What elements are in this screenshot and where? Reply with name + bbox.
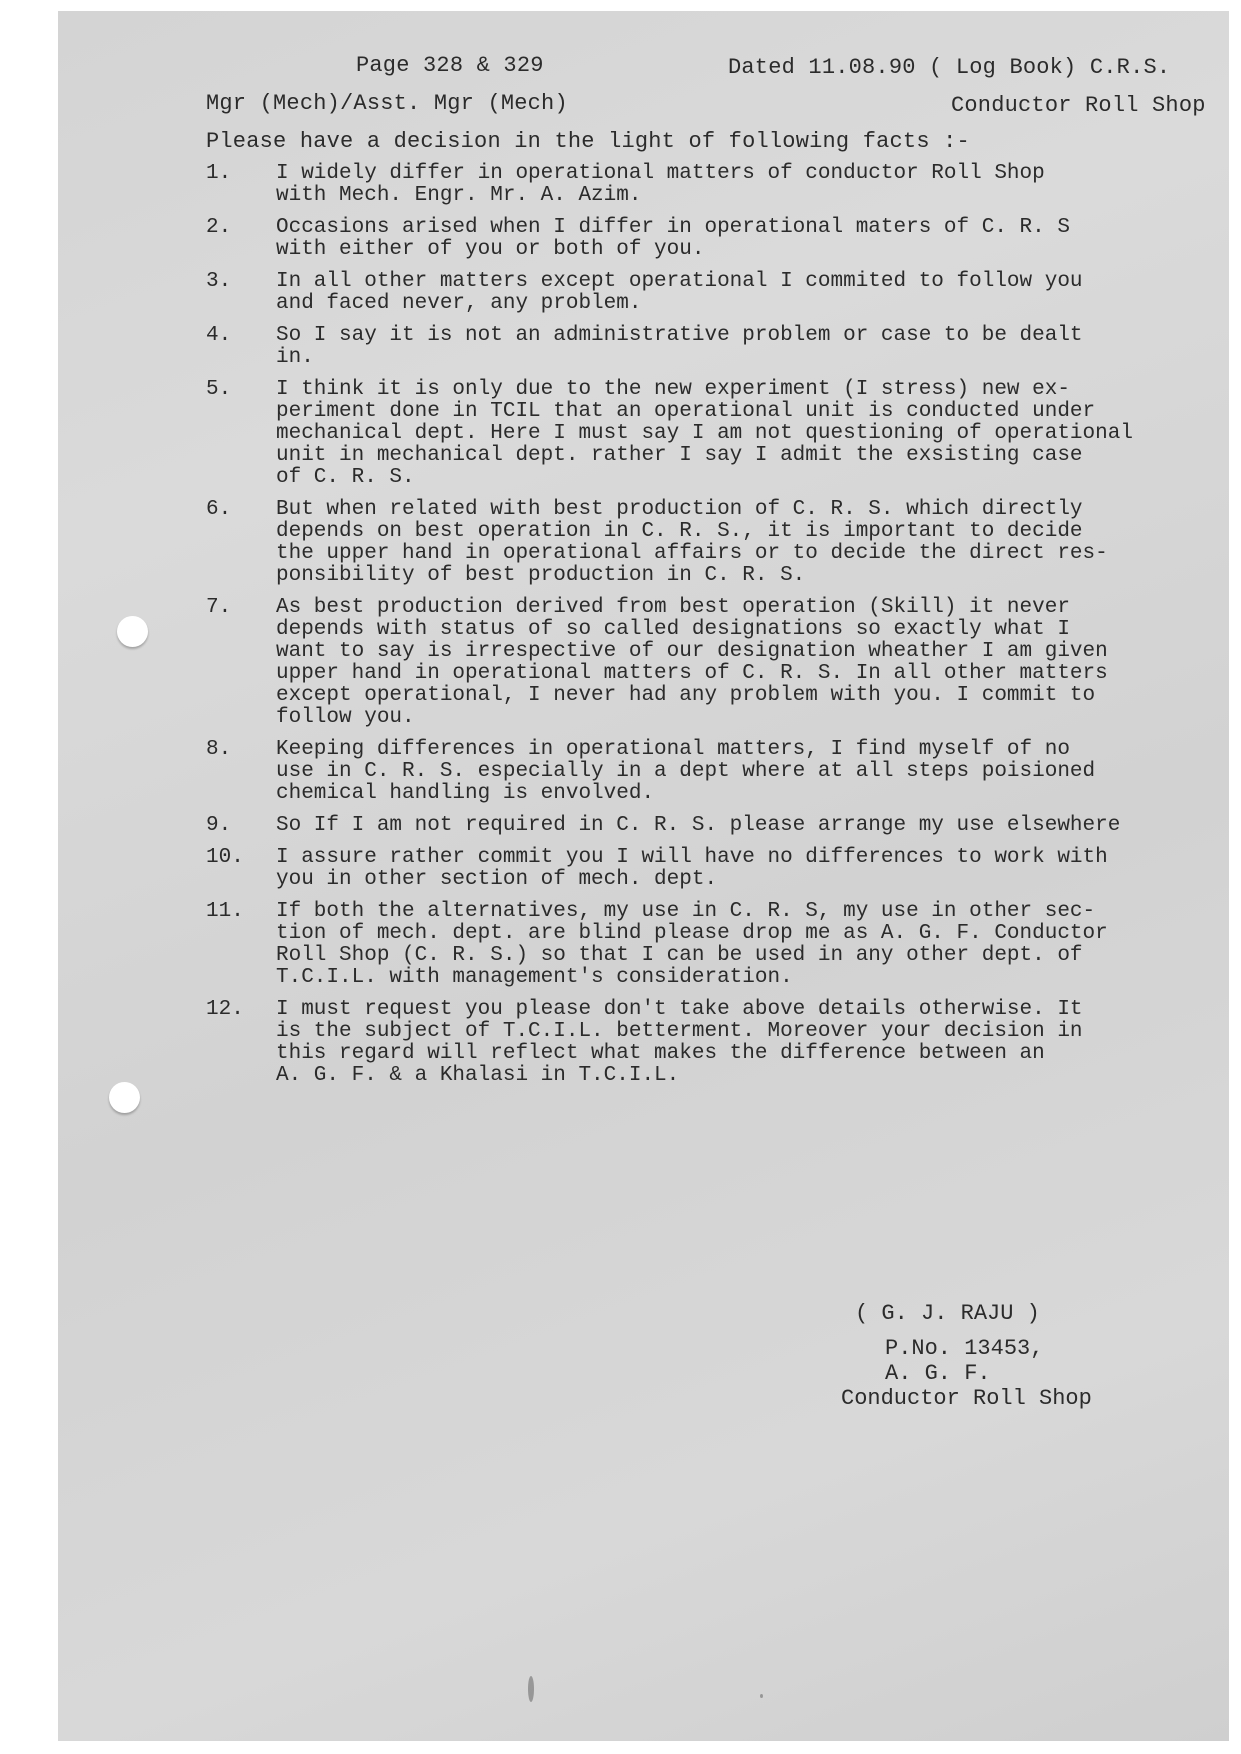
fact-item: 5.I think it is only due to the new expe… <box>206 379 1229 489</box>
intro-line: Please have a decision in the light of f… <box>206 129 970 154</box>
fact-line: I assure rather commit you I will have n… <box>276 847 1229 869</box>
fact-text: I assure rather commit you I will have n… <box>276 847 1229 891</box>
fact-number: 7. <box>206 597 276 729</box>
fact-line: want to say is irrespective of our desig… <box>276 641 1229 663</box>
fact-item: 11.If both the alternatives, my use in C… <box>206 901 1229 989</box>
fact-text: So If I am not required in C. R. S. plea… <box>276 815 1229 837</box>
fact-line: But when related with best production of… <box>276 499 1229 521</box>
fact-text: But when related with best production of… <box>276 499 1229 587</box>
fact-number: 9. <box>206 815 276 837</box>
fact-line: depends on best operation in C. R. S., i… <box>276 521 1229 543</box>
fact-line: with Mech. Engr. Mr. A. Azim. <box>276 185 1229 207</box>
department-header: Conductor Roll Shop <box>951 93 1206 118</box>
fact-line: is the subject of T.C.I.L. betterment. M… <box>276 1021 1229 1043</box>
page-reference: Page 328 & 329 <box>356 53 544 78</box>
addressee: Mgr (Mech)/Asst. Mgr (Mech) <box>206 91 568 116</box>
fact-text: Occasions arised when I differ in operat… <box>276 217 1229 261</box>
fact-line: unit in mechanical dept. rather I say I … <box>276 445 1229 467</box>
fact-line: upper hand in operational matters of C. … <box>276 663 1229 685</box>
fact-text: I think it is only due to the new experi… <box>276 379 1229 489</box>
fact-line: So If I am not required in C. R. S. plea… <box>276 815 1229 837</box>
fact-line: In all other matters except operational … <box>276 271 1229 293</box>
fact-number: 2. <box>206 217 276 261</box>
fact-item: 7.As best production derived from best o… <box>206 597 1229 729</box>
fact-item: 12.I must request you please don't take … <box>206 999 1229 1087</box>
fact-line: If both the alternatives, my use in C. R… <box>276 901 1229 923</box>
fact-line: ponsibility of best production in C. R. … <box>276 565 1229 587</box>
fact-line: depends with status of so called designa… <box>276 619 1229 641</box>
fact-number: 4. <box>206 325 276 369</box>
fact-line: follow you. <box>276 707 1229 729</box>
fact-line: use in C. R. S. especially in a dept whe… <box>276 761 1229 783</box>
fact-text: If both the alternatives, my use in C. R… <box>276 901 1229 989</box>
fact-line: I widely differ in operational matters o… <box>276 163 1229 185</box>
fact-number: 5. <box>206 379 276 489</box>
fact-number: 12. <box>206 999 276 1087</box>
fact-line: you in other section of mech. dept. <box>276 869 1229 891</box>
ink-smudge <box>528 1676 534 1702</box>
fact-line: Occasions arised when I differ in operat… <box>276 217 1229 239</box>
fact-text: As best production derived from best ope… <box>276 597 1229 729</box>
fact-line: in. <box>276 347 1229 369</box>
fact-line: periment done in TCIL that an operationa… <box>276 401 1229 423</box>
signatory-designation: A. G. F. <box>885 1361 991 1386</box>
fact-line: of C. R. S. <box>276 467 1229 489</box>
fact-line: with either of you or both of you. <box>276 239 1229 261</box>
signatory-pno: P.No. 13453, <box>885 1336 1043 1361</box>
fact-line: chemical handling is envolved. <box>276 783 1229 805</box>
fact-line: So I say it is not an administrative pro… <box>276 325 1229 347</box>
scanned-letter-page: Page 328 & 329 Dated 11.08.90 ( Log Book… <box>58 11 1229 1741</box>
fact-number: 6. <box>206 499 276 587</box>
fact-line: this regard will reflect what makes the … <box>276 1043 1229 1065</box>
fact-item: 8.Keeping differences in operational mat… <box>206 739 1229 805</box>
fact-line: I must request you please don't take abo… <box>276 999 1229 1021</box>
punch-hole-top <box>117 616 148 647</box>
fact-text: In all other matters except operational … <box>276 271 1229 315</box>
fact-line: except operational, I never had any prob… <box>276 685 1229 707</box>
fact-item: 3.In all other matters except operationa… <box>206 271 1229 315</box>
fact-item: 6.But when related with best production … <box>206 499 1229 587</box>
punch-hole-bottom <box>109 1082 140 1113</box>
fact-number: 8. <box>206 739 276 805</box>
date-line: Dated 11.08.90 ( Log Book) C.R.S. <box>728 55 1170 80</box>
signatory-shop: Conductor Roll Shop <box>841 1386 1092 1411</box>
facts-list: 1.I widely differ in operational matters… <box>206 163 1229 1097</box>
fact-item: 9.So If I am not required in C. R. S. pl… <box>206 815 1229 837</box>
signatory-name: ( G. J. RAJU ) <box>855 1301 1040 1326</box>
fact-line: Roll Shop (C. R. S.) so that I can be us… <box>276 945 1229 967</box>
fact-text: I widely differ in operational matters o… <box>276 163 1229 207</box>
fact-line: and faced never, any problem. <box>276 293 1229 315</box>
fact-item: 4.So I say it is not an administrative p… <box>206 325 1229 369</box>
fact-line: the upper hand in operational affairs or… <box>276 543 1229 565</box>
fact-item: 2.Occasions arised when I differ in oper… <box>206 217 1229 261</box>
fact-line: mechanical dept. Here I must say I am no… <box>276 423 1229 445</box>
fact-number: 10. <box>206 847 276 891</box>
fact-line: A. G. F. & a Khalasi in T.C.I.L. <box>276 1065 1229 1087</box>
fact-text: So I say it is not an administrative pro… <box>276 325 1229 369</box>
fact-text: I must request you please don't take abo… <box>276 999 1229 1087</box>
fact-number: 3. <box>206 271 276 315</box>
fact-line: tion of mech. dept. are blind please dro… <box>276 923 1229 945</box>
fact-line: Keeping differences in operational matte… <box>276 739 1229 761</box>
fact-item: 10.I assure rather commit you I will hav… <box>206 847 1229 891</box>
ink-dot <box>760 1694 763 1698</box>
fact-number: 1. <box>206 163 276 207</box>
fact-line: I think it is only due to the new experi… <box>276 379 1229 401</box>
fact-number: 11. <box>206 901 276 989</box>
fact-line: T.C.I.L. with management's consideration… <box>276 967 1229 989</box>
fact-item: 1.I widely differ in operational matters… <box>206 163 1229 207</box>
fact-line: As best production derived from best ope… <box>276 597 1229 619</box>
fact-text: Keeping differences in operational matte… <box>276 739 1229 805</box>
